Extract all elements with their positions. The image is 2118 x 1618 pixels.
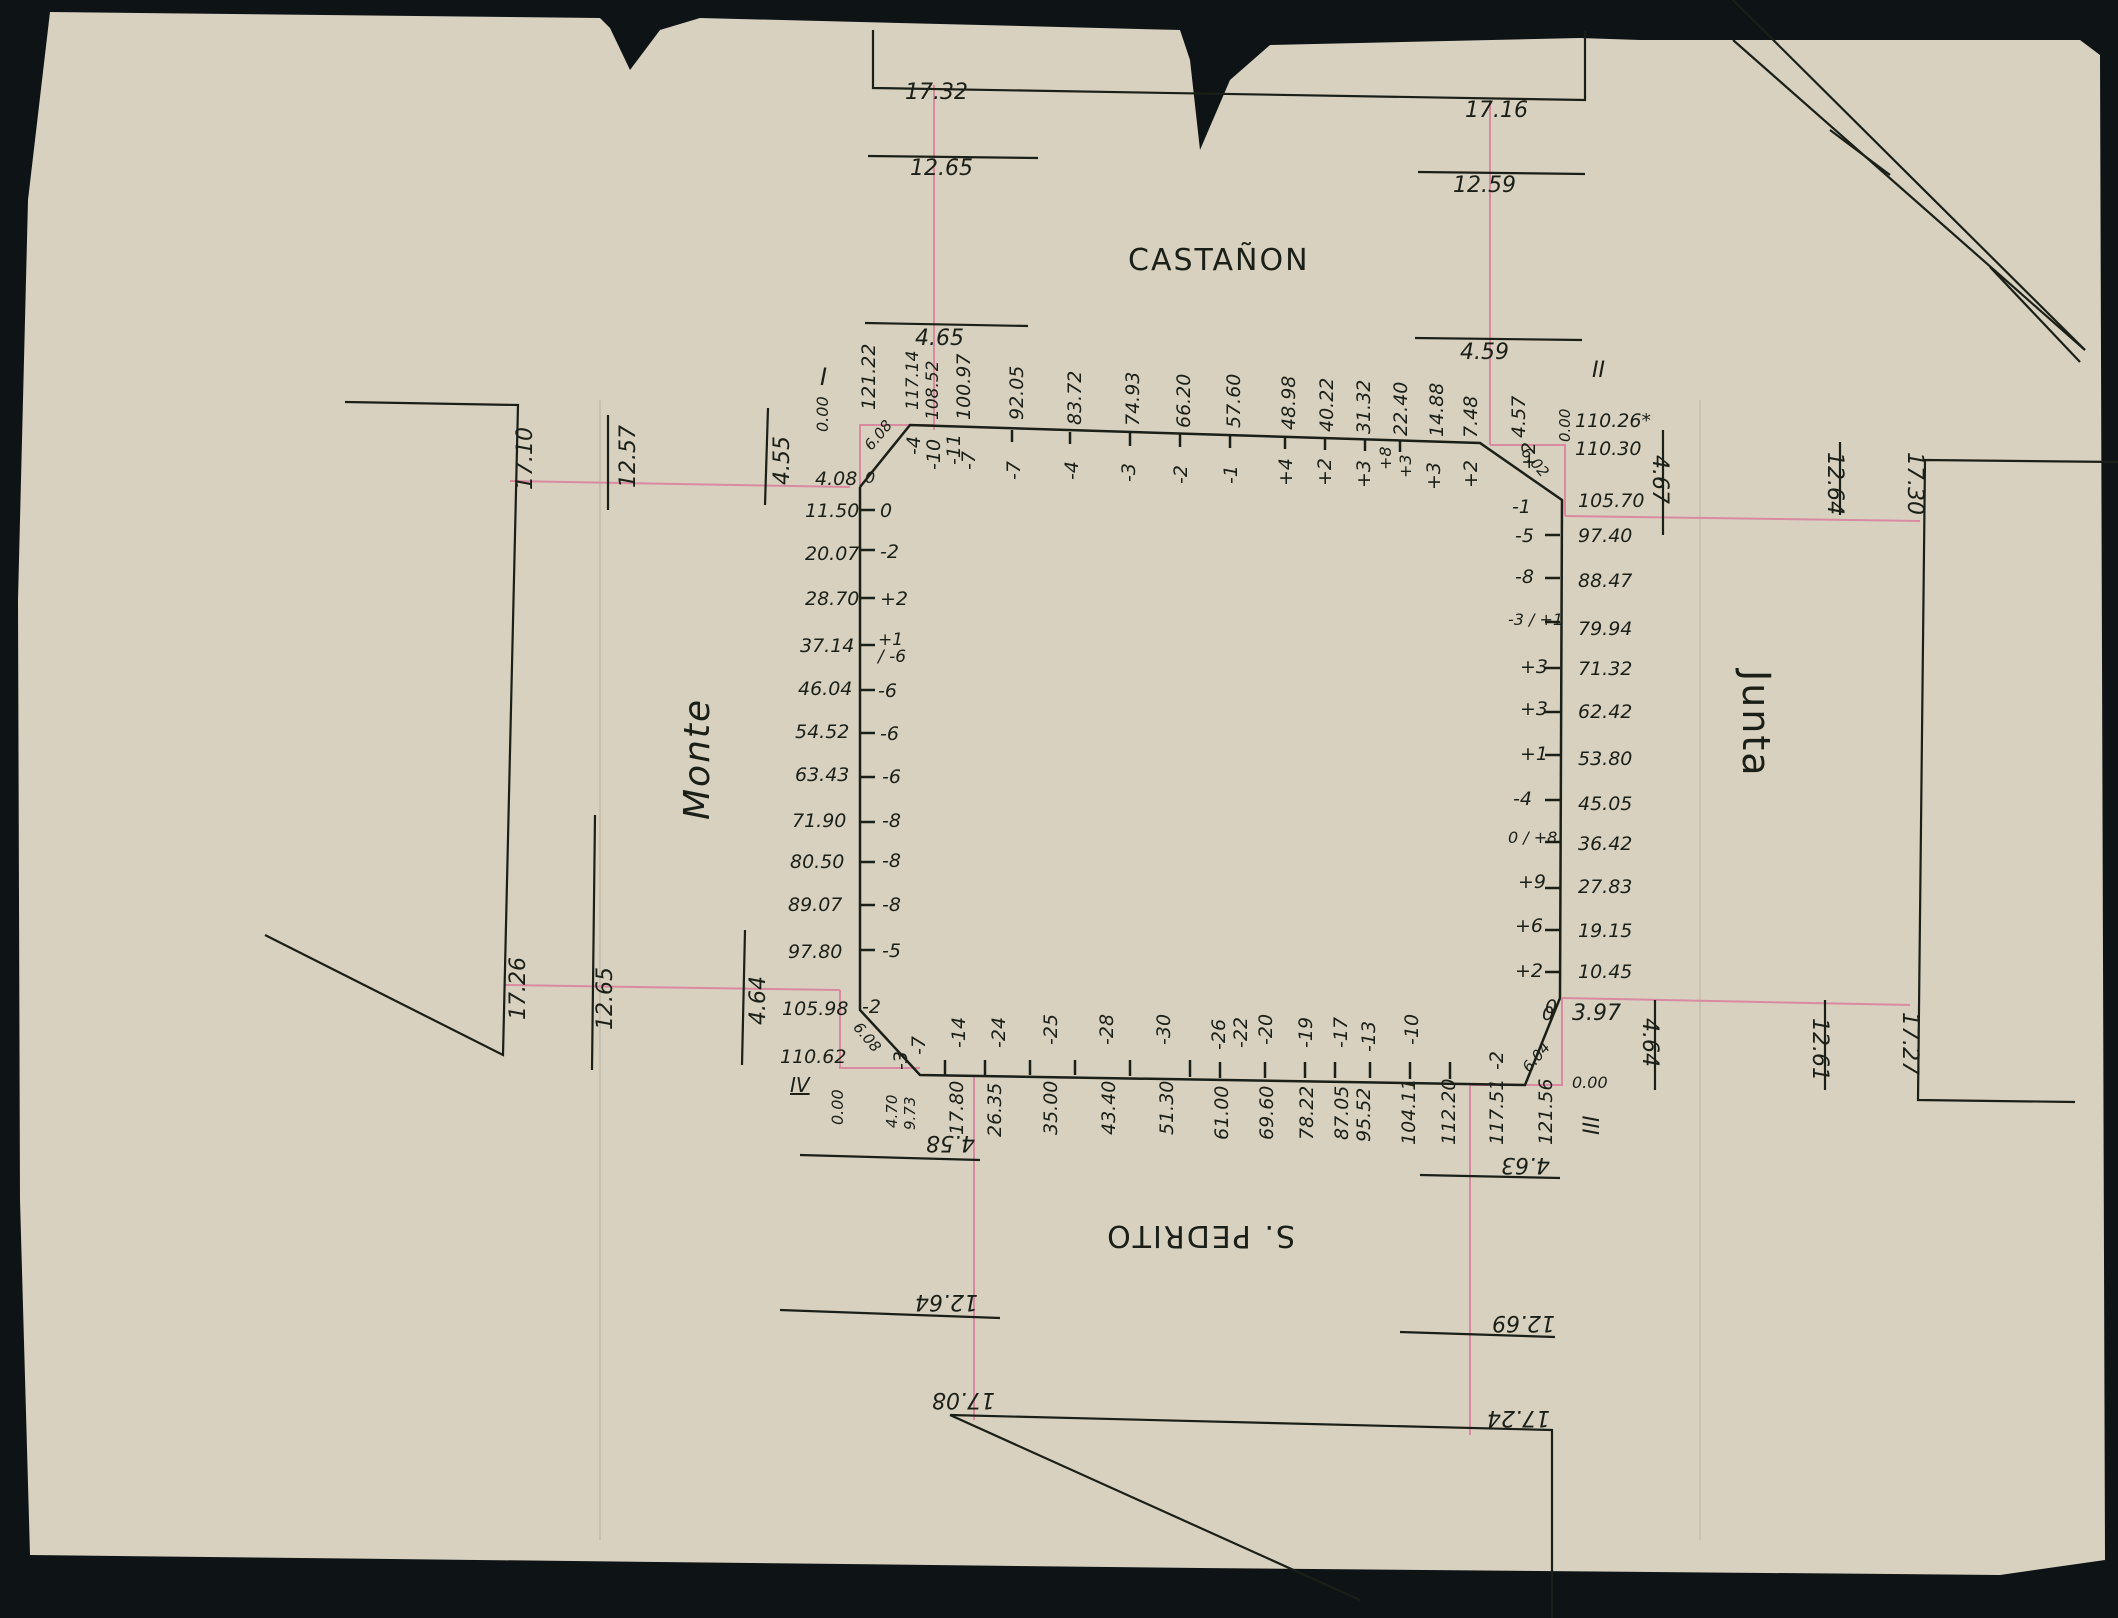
deviation-label: -22 — [1232, 1017, 1251, 1048]
deviation-label: -2 — [1488, 1051, 1507, 1070]
deviation-label: +2 — [880, 590, 908, 609]
offset-label: 97.40 — [1578, 527, 1632, 546]
offset-label: 43.40 — [1100, 1081, 1119, 1135]
offset-label: 45.05 — [1578, 795, 1632, 814]
deviation-label: -14 — [950, 1017, 969, 1048]
dimension-label: 17.32 — [905, 82, 968, 104]
deviation-label: -7 — [960, 451, 979, 470]
deviation-label: 0 — [1542, 1005, 1554, 1024]
deviation-label: -8 — [882, 896, 901, 915]
offset-label: 4.08 — [815, 470, 857, 489]
dimension-label: 17.24 — [1487, 1406, 1550, 1428]
dimension-label: 17.27 — [1898, 1012, 1920, 1075]
offset-label: 121.56 — [1537, 1079, 1556, 1145]
dimension-label: 4.59 — [1460, 342, 1509, 364]
deviation-label: -5 — [1515, 527, 1534, 546]
dimension-label: 4.64 — [1638, 1018, 1660, 1067]
offset-label: 66.20 — [1175, 374, 1194, 428]
deviation-label: +4 — [1277, 458, 1296, 486]
dimension-label: 17.26 — [508, 957, 530, 1020]
dimension-label: 12.65 — [595, 967, 617, 1030]
offset-label: 95.52 — [1355, 1088, 1374, 1142]
dimension-label: 12.69 — [1492, 1311, 1555, 1333]
corner-mark-ne: II — [1592, 360, 1605, 382]
offset-label: 20.07 — [805, 545, 859, 564]
offset-label: 17.80 — [948, 1081, 967, 1135]
offset-label: 117.51 — [1488, 1079, 1507, 1145]
deviation-label: -13 — [1360, 1021, 1379, 1052]
offset-label: 78.22 — [1298, 1086, 1317, 1140]
offset-label: 28.70 — [805, 590, 859, 609]
deviation-label: -30 — [1155, 1014, 1174, 1045]
deviation-label: -7 — [910, 1036, 929, 1055]
offset-label: 69.60 — [1258, 1086, 1277, 1140]
dimension-label: 4.67 — [1648, 455, 1670, 504]
deviation-label: -24 — [990, 1017, 1009, 1048]
offset-label: 61.00 — [1213, 1086, 1232, 1140]
offset-label: 105.70 — [1578, 492, 1644, 511]
deviation-label: -8 — [882, 852, 901, 871]
offset-label: 87.05 — [1333, 1086, 1352, 1140]
dimension-label: 17.30 — [1903, 452, 1925, 515]
offset-label: 108.52 — [925, 361, 942, 420]
deviation-label: -4 — [905, 436, 924, 455]
offset-label: 79.94 — [1578, 620, 1632, 639]
deviation-label: +9 — [1518, 873, 1546, 892]
offset-label: 4.57 — [1510, 396, 1529, 438]
offset-label: 11.50 — [805, 502, 859, 521]
deviation-label: -2 — [862, 998, 881, 1017]
offset-label: 110.62 — [780, 1048, 846, 1067]
deviation-label: -10 — [925, 439, 944, 470]
dimension-label: 4.63 — [1501, 1153, 1550, 1175]
deviation-label: +1 / -6 — [878, 632, 908, 666]
offset-label: 3.97 — [1572, 1003, 1621, 1025]
offset-label: 0.00 — [815, 396, 831, 432]
deviation-label: +3 — [1398, 454, 1414, 478]
dimension-label: 12.64 — [915, 1290, 978, 1312]
deviation-label: -17 — [1332, 1017, 1351, 1048]
offset-label: 27.83 — [1578, 878, 1632, 897]
offset-label: 31.32 — [1355, 380, 1374, 434]
dimension-label: 12.59 — [1453, 175, 1516, 197]
offset-label: 37.14 — [800, 637, 854, 656]
offset-label: 22.40 — [1392, 382, 1411, 436]
dimension-label: 4.58 — [926, 1131, 975, 1153]
deviation-label: 0 — [865, 470, 875, 486]
deviation-label: -8 — [1515, 568, 1534, 587]
offset-label: 105.98 — [782, 1000, 848, 1019]
offset-label: 40.22 — [1318, 378, 1337, 432]
offset-label: 71.32 — [1578, 660, 1632, 679]
deviation-label: 0 — [880, 502, 892, 521]
dimension-label: 17.10 — [515, 427, 537, 490]
deviation-label: -4 — [1063, 461, 1082, 480]
paper-drawing — [0, 0, 2118, 1618]
deviation-label: +3 — [1520, 700, 1548, 719]
deviation-label: +1 — [1520, 745, 1548, 764]
offset-label: 117.14 — [905, 351, 922, 410]
offset-label: 89.07 — [788, 896, 842, 915]
offset-label: 0.00 — [1558, 409, 1573, 442]
deviation-label: -1 — [1512, 498, 1531, 517]
deviation-label: +6 — [1515, 917, 1543, 936]
dimension-label: 17.08 — [932, 1388, 995, 1410]
deviation-label: +3 — [1520, 658, 1548, 677]
deviation-label: -3 / +1 — [1508, 612, 1563, 628]
offset-label: 14.88 — [1428, 383, 1447, 437]
offset-label: 57.60 — [1225, 374, 1244, 428]
deviation-label: -5 — [882, 942, 901, 961]
deviation-label: -4 — [1513, 790, 1532, 809]
deviation-label: -6 — [880, 725, 899, 744]
deviation-label: -25 — [1042, 1014, 1061, 1045]
offset-label: 97.80 — [788, 943, 842, 962]
deviation-label: +8 — [1378, 446, 1394, 470]
offset-label: 51.30 — [1158, 1081, 1177, 1135]
survey-sheet: CASTAÑON Monte Junta S. PEDRITO I II III… — [0, 0, 2118, 1618]
offset-label: 46.04 — [798, 680, 852, 699]
dimension-label: 4.65 — [915, 328, 964, 350]
ne-offset-b: 110.30 — [1575, 440, 1641, 459]
offset-label: 48.98 — [1280, 376, 1299, 430]
offset-label: 71.90 — [792, 812, 846, 831]
dimension-label: 12.65 — [910, 158, 973, 180]
offset-label: 88.47 — [1578, 572, 1632, 591]
dimension-label: 12.61 — [1808, 1018, 1830, 1081]
deviation-label: -8 — [882, 812, 901, 831]
deviation-label: -6 — [882, 768, 901, 787]
dimension-label: 12.64 — [1823, 452, 1845, 515]
deviation-label: +2 — [1316, 458, 1335, 486]
dimension-label: 17.16 — [1465, 100, 1528, 122]
offset-label: 4.70 — [885, 1095, 900, 1128]
deviation-label: -19 — [1297, 1017, 1316, 1048]
deviation-label: -2 — [880, 543, 899, 562]
offset-label: 121.22 — [860, 344, 879, 410]
deviation-label: +3 — [1355, 460, 1374, 488]
street-name-west: Monte — [680, 698, 716, 820]
offset-label: 54.52 — [795, 723, 849, 742]
offset-label: 80.50 — [790, 853, 844, 872]
offset-label: 100.97 — [955, 354, 974, 420]
dimension-label: 4.64 — [748, 976, 770, 1025]
deviation-label: +2 — [1515, 962, 1543, 981]
deviation-label: -7 — [1005, 461, 1024, 480]
dimension-label: 12.57 — [618, 425, 640, 488]
deviation-label: -26 — [1210, 1019, 1229, 1050]
offset-label: 92.05 — [1008, 366, 1027, 420]
offset-label: 10.45 — [1578, 963, 1632, 982]
ne-offset-a: 110.26* — [1575, 412, 1651, 431]
offset-label: 7.48 — [1462, 396, 1481, 438]
offset-label: 35.00 — [1042, 1081, 1061, 1135]
corner-mark-se: III — [1582, 1116, 1604, 1135]
offset-label: 74.93 — [1124, 372, 1143, 426]
offset-label: 62.42 — [1578, 703, 1632, 722]
deviation-label: -28 — [1098, 1014, 1117, 1045]
offset-label: 112.20 — [1440, 1079, 1459, 1145]
street-name-north: CASTAÑON — [1128, 246, 1310, 276]
street-name-south: S. PEDRITO — [1105, 1220, 1295, 1250]
offset-label: 63.43 — [795, 766, 849, 785]
offset-label: 83.72 — [1066, 371, 1085, 425]
deviation-label: 0 / +8 — [1508, 830, 1557, 846]
offset-label: 104.11 — [1400, 1079, 1419, 1145]
deviation-label: -6 — [878, 682, 897, 701]
deviation-label: -20 — [1257, 1014, 1276, 1045]
offset-label: 26.35 — [986, 1083, 1005, 1137]
offset-label: 0.00 — [1572, 1075, 1608, 1091]
offset-label: 0.00 — [830, 1089, 846, 1125]
corner-mark-sw: IV — [790, 1075, 810, 1095]
offset-label: 53.80 — [1578, 750, 1632, 769]
deviation-label: -3 — [1120, 463, 1139, 482]
deviation-label: -2 — [1172, 465, 1191, 484]
offset-label: 9.73 — [903, 1097, 918, 1130]
corner-mark-nw: I — [820, 365, 827, 389]
dimension-label: 4.55 — [772, 436, 794, 485]
deviation-label: -10 — [1403, 1014, 1422, 1045]
deviation-label: -1 — [1222, 465, 1241, 484]
deviation-label: +2 — [1462, 460, 1481, 488]
street-name-east: Junta — [1737, 670, 1775, 778]
offset-label: 19.15 — [1578, 922, 1632, 941]
deviation-label: +3 — [1425, 462, 1444, 490]
offset-label: 36.42 — [1578, 835, 1632, 854]
paper-sheet — [18, 12, 2105, 1575]
